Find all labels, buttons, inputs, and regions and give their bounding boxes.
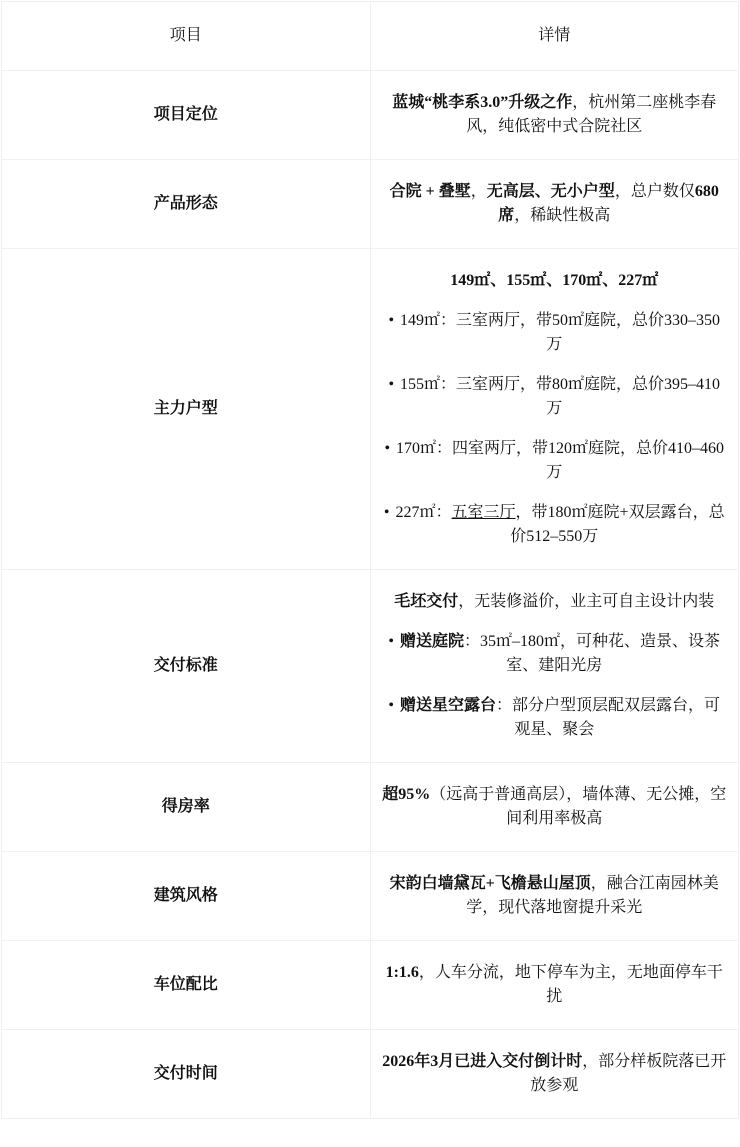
text-run: 无高层、无小户型: [487, 183, 615, 200]
row-detail: 毛坯交付，无装修溢价，业主可自主设计内装• 赠送庭院：35㎡–180㎡，可种花、…: [370, 570, 739, 763]
table-row: 交付标准毛坯交付，无装修溢价，业主可自主设计内装• 赠送庭院：35㎡–180㎡，…: [2, 570, 739, 763]
text-run: ，无装修溢价，业主可自主设计内装: [458, 593, 714, 610]
bullet-icon: •: [388, 633, 398, 650]
row-label: 项目定位: [2, 71, 371, 160]
text-run: 170㎡：四室两厅，带120㎡庭院，总价410–460万: [396, 440, 724, 481]
text-run: 155㎡：三室两厅，带80㎡庭院，总价395–410万: [400, 376, 720, 417]
detail-bullet-item: • 170㎡：四室两厅，带120㎡庭院，总价410–460万: [381, 437, 729, 485]
detail-bullet-item: • 227㎡：五室三厅，带180㎡庭院+双层露台，总价512–550万: [381, 501, 729, 549]
header-row: 项目 详情: [2, 2, 739, 71]
table-row: 产品形态合院 + 叠墅，无高层、无小户型，总户数仅680席，稀缺性极高: [2, 160, 739, 249]
row-detail: 宋韵白墙黛瓦+飞檐悬山屋顶，融合江南园林美学，现代落地窗提升采光: [370, 852, 739, 941]
text-run: ：35㎡–180㎡，可种花、造景、设茶室、建阳光房: [464, 633, 720, 674]
row-label: 产品形态: [2, 160, 371, 249]
detail-bullet-item: • 155㎡：三室两厅，带80㎡庭院，总价395–410万: [381, 373, 729, 421]
row-label: 主力户型: [2, 249, 371, 570]
detail-paragraph: 2026年3月已进入交付倒计时，部分样板院落已开放参观: [381, 1050, 729, 1098]
text-run: 蓝城“桃李系3.0”升级之作: [392, 94, 572, 111]
table-row: 交付时间2026年3月已进入交付倒计时，部分样板院落已开放参观: [2, 1030, 739, 1119]
detail-paragraph: 毛坯交付，无装修溢价，业主可自主设计内装: [381, 590, 729, 614]
row-detail: 2026年3月已进入交付倒计时，部分样板院落已开放参观: [370, 1030, 739, 1119]
table-row: 车位配比1:1.6，人车分流，地下停车为主，无地面停车干扰: [2, 941, 739, 1030]
text-run: ，带180㎡庭院+双层露台，总价512–550万: [510, 504, 724, 545]
text-run: ，: [471, 183, 487, 200]
text-run: 超95%: [382, 786, 430, 803]
text-run: ，稀缺性极高: [514, 207, 610, 224]
text-run: 1:1.6: [386, 964, 419, 981]
column-header-item: 项目: [2, 2, 371, 71]
row-label: 交付标准: [2, 570, 371, 763]
detail-paragraph: 合院 + 叠墅，无高层、无小户型，总户数仅680席，稀缺性极高: [381, 180, 729, 228]
table-row: 得房率超95%（远高于普通高层），墙体薄、无公摊，空间利用率极高: [2, 763, 739, 852]
text-run: 227㎡：: [396, 504, 452, 521]
text-run: 149㎡：三室两厅，带50㎡庭院，总价330–350万: [400, 312, 720, 353]
row-detail: 1:1.6，人车分流，地下停车为主，无地面停车干扰: [370, 941, 739, 1030]
detail-paragraph: 蓝城“桃李系3.0”升级之作，杭州第二座桃李春风，纯低密中式合院社区: [381, 91, 729, 139]
row-detail: 合院 + 叠墅，无高层、无小户型，总户数仅680席，稀缺性极高: [370, 160, 739, 249]
table-row: 主力户型149㎡、155㎡、170㎡、227㎡• 149㎡：三室两厅，带50㎡庭…: [2, 249, 739, 570]
text-run: （远高于普通高层），墙体薄、无公摊，空间利用率极高: [430, 786, 726, 827]
table-row: 项目定位蓝城“桃李系3.0”升级之作，杭州第二座桃李春风，纯低密中式合院社区: [2, 71, 739, 160]
detail-bullet-item: • 赠送庭院：35㎡–180㎡，可种花、造景、设茶室、建阳光房: [381, 630, 729, 678]
row-label: 建筑风格: [2, 852, 371, 941]
row-detail: 超95%（远高于普通高层），墙体薄、无公摊，空间利用率极高: [370, 763, 739, 852]
bullet-icon: •: [388, 376, 398, 393]
row-detail: 149㎡、155㎡、170㎡、227㎡• 149㎡：三室两厅，带50㎡庭院，总价…: [370, 249, 739, 570]
text-run: 毛坯交付: [394, 593, 458, 610]
bullet-icon: •: [384, 504, 394, 521]
detail-bullet-item: • 149㎡：三室两厅，带50㎡庭院，总价330–350万: [381, 309, 729, 357]
bullet-icon: •: [388, 312, 398, 329]
project-spec-table: 项目 详情 项目定位蓝城“桃李系3.0”升级之作，杭州第二座桃李春风，纯低密中式…: [1, 1, 739, 1119]
text-run: ，总户数仅: [615, 183, 695, 200]
bullet-icon: •: [388, 697, 398, 714]
table-body: 项目定位蓝城“桃李系3.0”升级之作，杭州第二座桃李春风，纯低密中式合院社区产品…: [2, 71, 739, 1119]
row-label: 得房率: [2, 763, 371, 852]
row-detail: 蓝城“桃李系3.0”升级之作，杭州第二座桃李春风，纯低密中式合院社区: [370, 71, 739, 160]
text-run: ，人车分流，地下停车为主，无地面停车干扰: [419, 964, 723, 1005]
text-run: 赠送庭院: [400, 633, 464, 650]
detail-bullet-item: • 赠送星空露台：部分户型顶层配双层露台，可观星、聚会: [381, 694, 729, 742]
text-run: 149㎡、155㎡、170㎡、227㎡: [450, 272, 658, 289]
text-run: 五室三厅: [452, 504, 516, 521]
detail-paragraph: 超95%（远高于普通高层），墙体薄、无公摊，空间利用率极高: [381, 783, 729, 831]
column-header-detail: 详情: [370, 2, 739, 71]
text-run: 合院 + 叠墅: [390, 183, 471, 200]
detail-paragraph: 149㎡、155㎡、170㎡、227㎡: [381, 269, 729, 293]
table-row: 建筑风格宋韵白墙黛瓦+飞檐悬山屋顶，融合江南园林美学，现代落地窗提升采光: [2, 852, 739, 941]
text-run: 宋韵白墙黛瓦+飞檐悬山屋顶: [390, 875, 591, 892]
bullet-icon: •: [384, 440, 394, 457]
text-run: 赠送星空露台: [400, 697, 496, 714]
text-run: 2026年3月已进入交付倒计时: [382, 1053, 582, 1070]
row-label: 交付时间: [2, 1030, 371, 1119]
detail-paragraph: 宋韵白墙黛瓦+飞檐悬山屋顶，融合江南园林美学，现代落地窗提升采光: [381, 872, 729, 920]
row-label: 车位配比: [2, 941, 371, 1030]
text-run: ：部分户型顶层配双层露台，可观星、聚会: [496, 697, 720, 738]
detail-paragraph: 1:1.6，人车分流，地下停车为主，无地面停车干扰: [381, 961, 729, 1009]
